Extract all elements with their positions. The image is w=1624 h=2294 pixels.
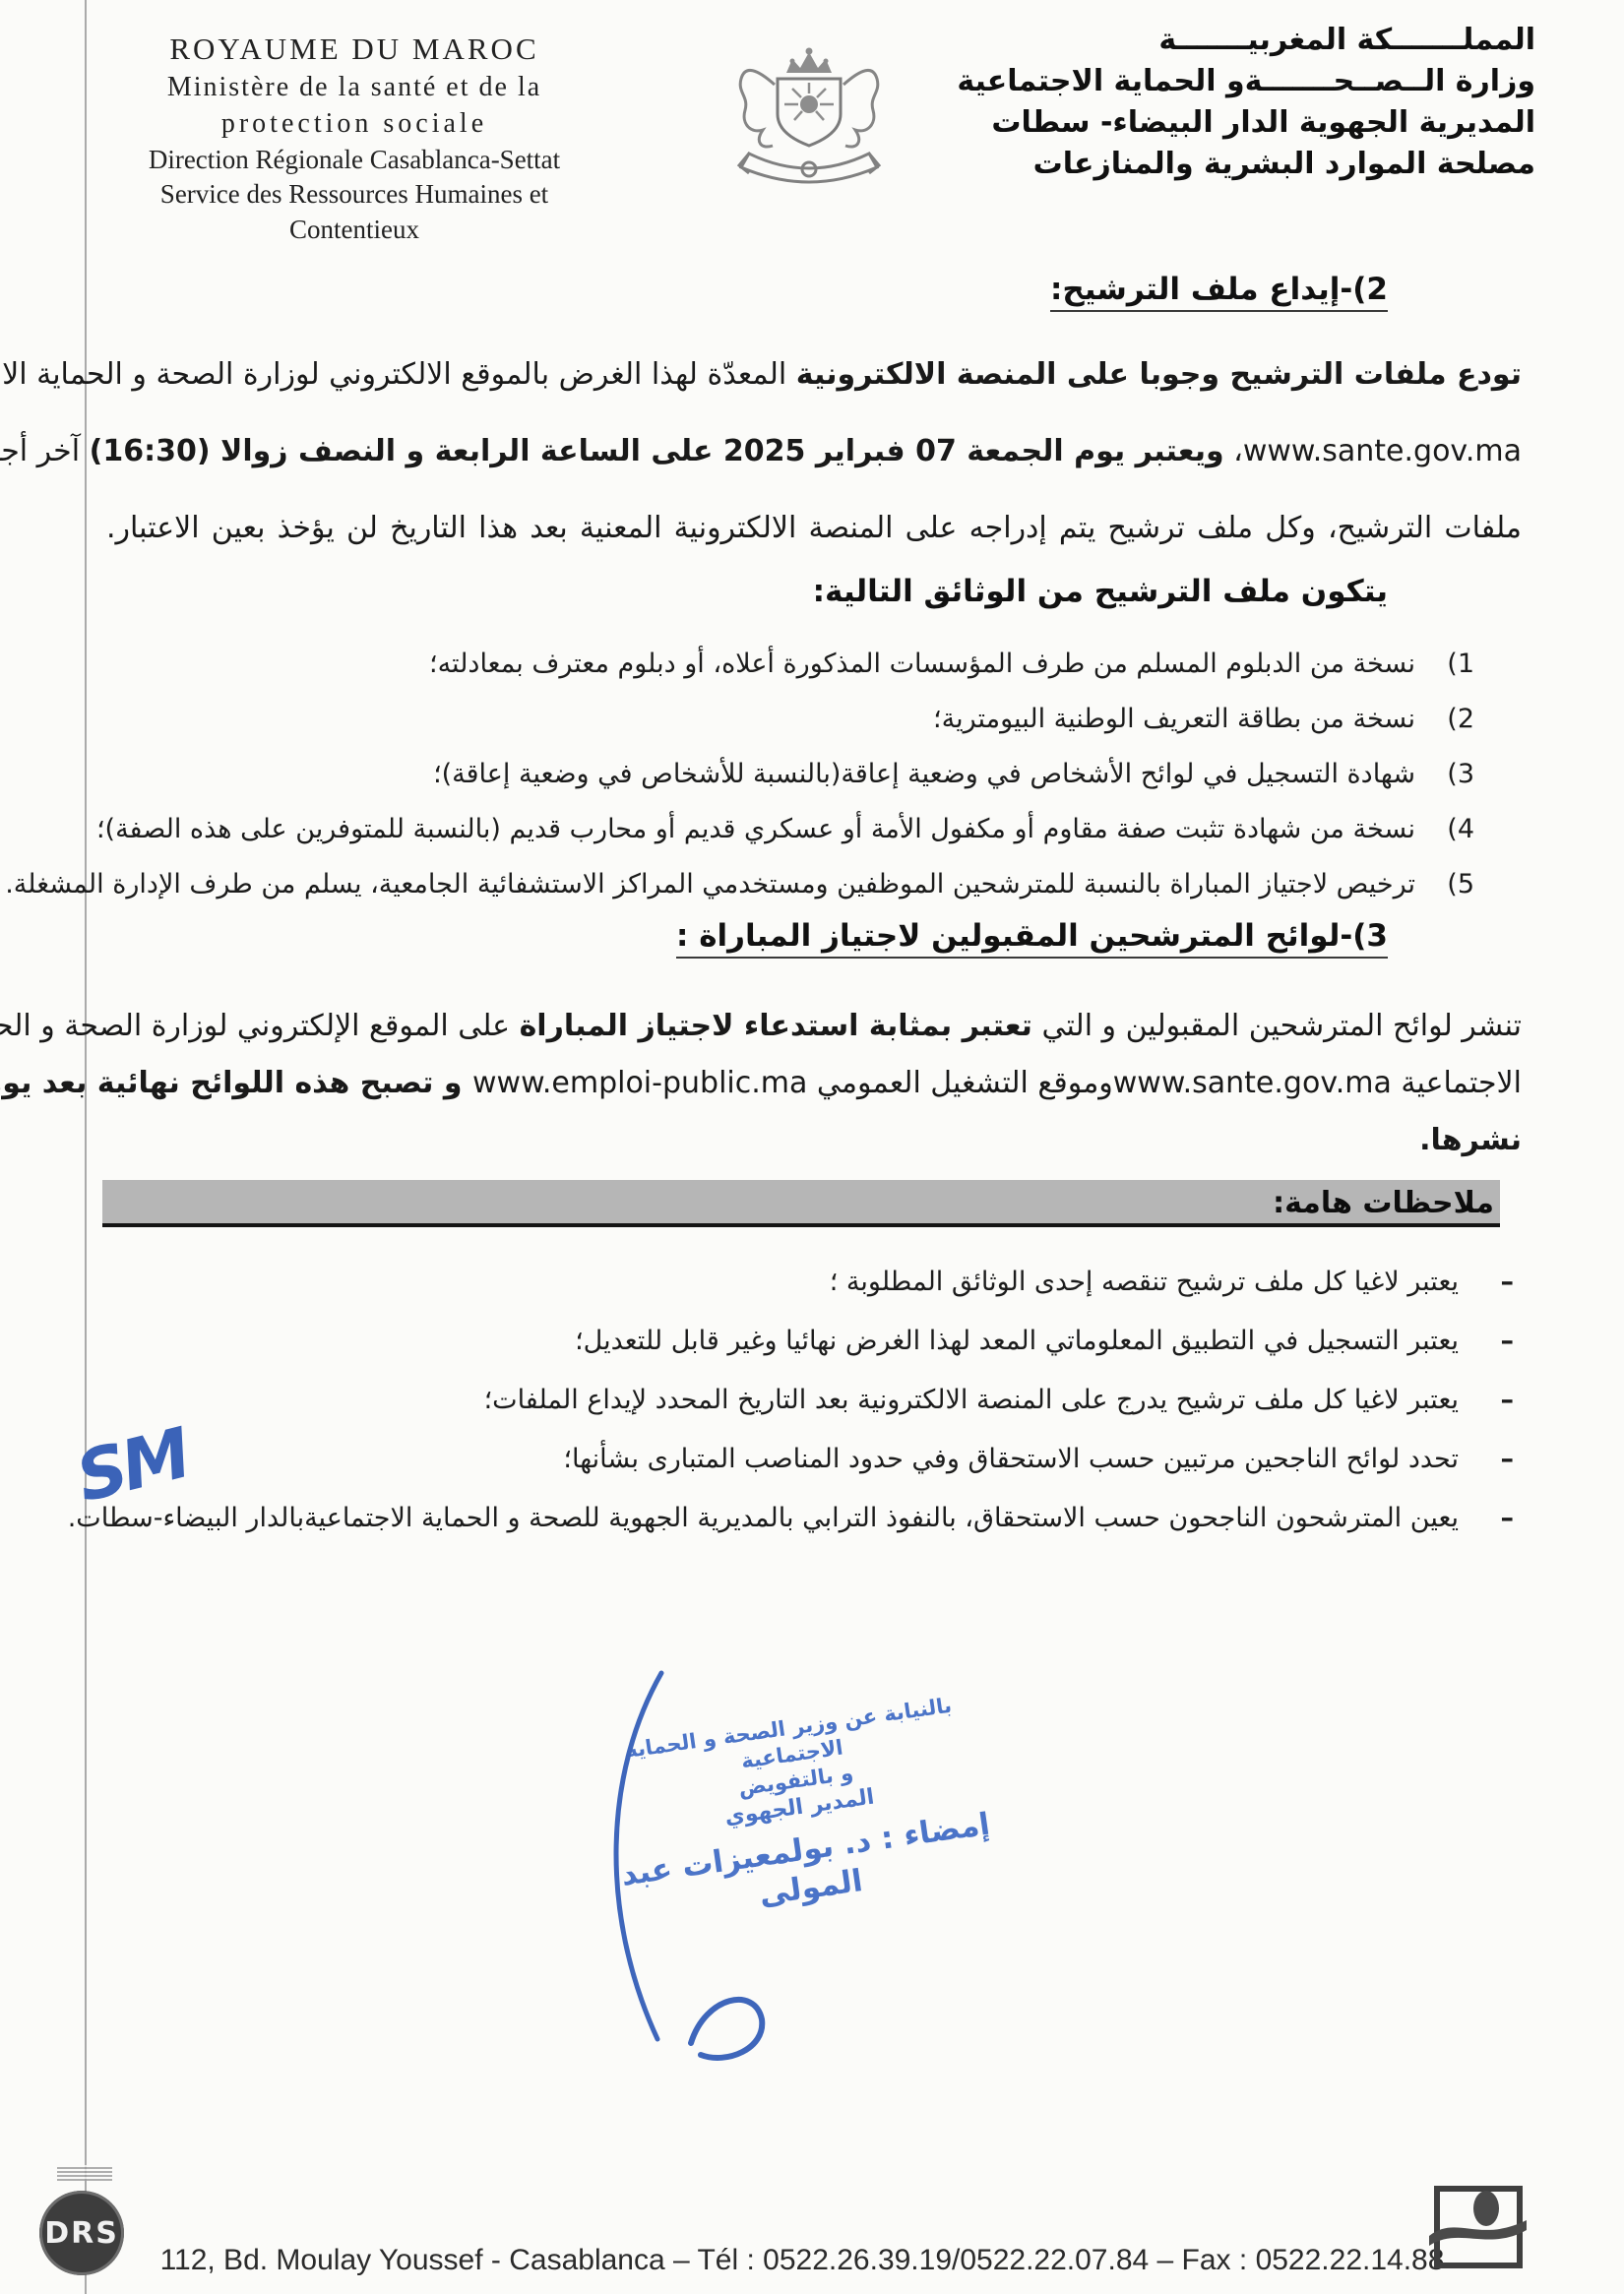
document-item: 3)شهادة التسجيل في لوائح الأشخاص في وضعي… (108, 746, 1474, 801)
note-text: يعتبر لاغيا كل ملف ترشيح تنقصه إحدى الوث… (830, 1267, 1459, 1297)
item-text: شهادة التسجيل في لوائح الأشخاص في وضعية … (433, 759, 1415, 789)
header-french-block: ROYAUME DU MAROC Ministère de la santé e… (102, 30, 606, 248)
note-item: –يعين المترشحون الناجحون حسب الاستحقاق، … (59, 1488, 1514, 1547)
item-marker: 2) (1433, 704, 1474, 734)
drs-logo: DRS (39, 2191, 124, 2275)
dash-marker: – (1488, 1326, 1514, 1356)
drs-logo-caption-lines (57, 2165, 112, 2181)
document-item: 1)نسخة من الدبلوم المسلم من طرف المؤسسات… (108, 636, 1474, 691)
convocation-bold-text: تعتبر بمثابة استدعاء لاجتياز المباراة (520, 1009, 1032, 1043)
ministry-fr-line2: protection sociale (102, 106, 606, 143)
note-item: –تحدد لوائح الناجحين مرتبين حسب الاستحقا… (59, 1429, 1514, 1488)
item-text: نسخة من الدبلوم المسلم من طرف المؤسسات ا… (429, 649, 1415, 679)
dash-marker: – (1488, 1385, 1514, 1415)
dash-marker: – (1488, 1267, 1514, 1297)
item-text: نسخة من شهادة تثبت صفة مقاوم أو مكفول ال… (96, 814, 1415, 844)
notes-list: –يعتبر لاغيا كل ملف ترشيح تنقصه إحدى الو… (59, 1252, 1514, 1547)
deadline-bold-text: ويعتبر يوم الجمعة 07 فبراير 2025 على الس… (90, 434, 1224, 468)
results-line2-a: الاجتماعية (1392, 1066, 1522, 1100)
header-arabic-block: المملـــــــكة المغربيـــــــة وزارة الـ… (945, 20, 1535, 185)
document-item: 4)نسخة من شهادة تثبت صفة مقاوم أو مكفول … (108, 801, 1474, 856)
emploi-public-url: www.emploi-public.ma (472, 1066, 807, 1100)
item-marker: 3) (1433, 759, 1474, 789)
item-marker: 5) (1433, 869, 1474, 899)
dash-marker: – (1488, 1444, 1514, 1474)
note-item: –يعتبر لاغيا كل ملف ترشيح يدرج على المنص… (59, 1370, 1514, 1429)
note-text: يعتبر لاغيا كل ملف ترشيح يدرج على المنصة… (484, 1385, 1459, 1415)
deposit-line-3: ملفات الترشيح، وكل ملف ترشيح يتم إدراجه … (106, 490, 1522, 567)
service-rh-fr-line2: Contentieux (102, 213, 606, 248)
sante-url: www.sante.gov.ma (1113, 1066, 1392, 1100)
results-paragraph: تنشر لوائح المترشحين المقبولين و التي تع… (106, 998, 1522, 1169)
deposit-line1-rest: المعدّة لهذا الغرض بالموقع الالكتروني لو… (0, 357, 796, 392)
document-item: 5)ترخيص لاجتياز المباراة بالنسبة للمترشح… (108, 856, 1474, 911)
results-line-3: نشرها. (106, 1112, 1522, 1169)
arabic-comma: ، (1224, 434, 1243, 468)
morocco-coat-of-arms-icon (716, 39, 903, 199)
document-item: 2)نسخة من بطاقة التعريف الوطنية البيومتر… (108, 691, 1474, 746)
kingdom-title-ar: المملـــــــكة المغربيـــــــة (945, 20, 1535, 61)
deposit-paragraph: تودع ملفات الترشيح وجوبا على المنصة الال… (106, 337, 1522, 567)
results-line2-b: وموقع التشغيل العمومي (807, 1066, 1112, 1100)
dash-marker: – (1488, 1503, 1514, 1533)
documents-section-title: يتكون ملف الترشيح من الوثائق التالية: (813, 574, 1388, 612)
results-line-1: تنشر لوائح المترشحين المقبولين و التي تع… (106, 998, 1522, 1055)
final-lists-bold-text: و تصبح هذه اللوائح نهائية بعد يومين من (0, 1066, 472, 1100)
direction-regionale-fr: Direction Régionale Casablanca-Settat (102, 143, 606, 178)
direction-regionale-ar: المديرية الجهوية الدار البيضاء- سطات (945, 102, 1535, 144)
service-rh-fr-line1: Service des Ressources Humaines et (102, 177, 606, 213)
note-item: –يعتبر التسجيل في التطبيق المعلوماتي الم… (59, 1311, 1514, 1370)
documents-list: 1)نسخة من الدبلوم المسلم من طرف المؤسسات… (108, 636, 1474, 911)
ministry-health-logo-icon (1429, 2179, 1528, 2273)
results-line1-a: تنشر لوائح المترشحين المقبولين و التي (1032, 1009, 1522, 1043)
ministry-ar: وزارة الــصــحـــــــةو الحماية الاجتماع… (945, 61, 1535, 102)
item-marker: 4) (1433, 814, 1474, 844)
deposit-line-1: تودع ملفات الترشيح وجوبا على المنصة الال… (106, 337, 1522, 413)
note-text: يعتبر التسجيل في التطبيق المعلوماتي المع… (575, 1326, 1459, 1356)
item-text: نسخة من بطاقة التعريف الوطنية البيومترية… (933, 704, 1415, 734)
note-text: تحدد لوائح الناجحين مرتبين حسب الاستحقاق… (563, 1444, 1459, 1474)
important-notes-header-bar: ملاحظات هامة: (102, 1180, 1500, 1227)
scanned-document-page: ROYAUME DU MAROC Ministère de la santé e… (0, 0, 1624, 2294)
ministry-fr-line1: Ministère de la santé et de la (102, 70, 606, 106)
item-text: ترخيص لاجتياز المباراة بالنسبة للمترشحين… (5, 869, 1415, 899)
kingdom-title-fr: ROYAUME DU MAROC (102, 30, 606, 70)
note-text: يعين المترشحون الناجحون حسب الاستحقاق، ب… (68, 1503, 1459, 1533)
footer-address: 112, Bd. Moulay Youssef - Casablanca – T… (148, 2244, 1457, 2277)
results-line1-b: على الموقع الإلكتروني لوزارة الصحة و الح… (0, 1009, 520, 1043)
service-rh-ar: مصلحة الموارد البشرية والمنازعات (945, 144, 1535, 185)
deposit-line-2: www.sante.gov.ma، ويعتبر يوم الجمعة 07 ف… (106, 413, 1522, 490)
note-item: –يعتبر لاغيا كل ملف ترشيح تنقصه إحدى الو… (59, 1252, 1514, 1311)
item-marker: 1) (1433, 649, 1474, 679)
deposit-line1-bold: تودع ملفات الترشيح وجوبا على المنصة الال… (796, 357, 1522, 392)
section-deposit-title: 2)-إيداع ملف الترشيح: (1050, 272, 1388, 312)
signature-ink-stroke (531, 1653, 846, 2086)
sante-url: www.sante.gov.ma (1243, 434, 1522, 468)
deposit-line2-rest: آخر أجل لإيداع (0, 434, 90, 468)
results-line3-bold: نشرها. (1419, 1123, 1522, 1157)
results-line-2: الاجتماعية www.sante.gov.maوموقع التشغيل… (106, 1055, 1522, 1112)
section-lists-title: 3)-لوائح المترشحين المقبولين لاجتياز الم… (676, 918, 1388, 959)
